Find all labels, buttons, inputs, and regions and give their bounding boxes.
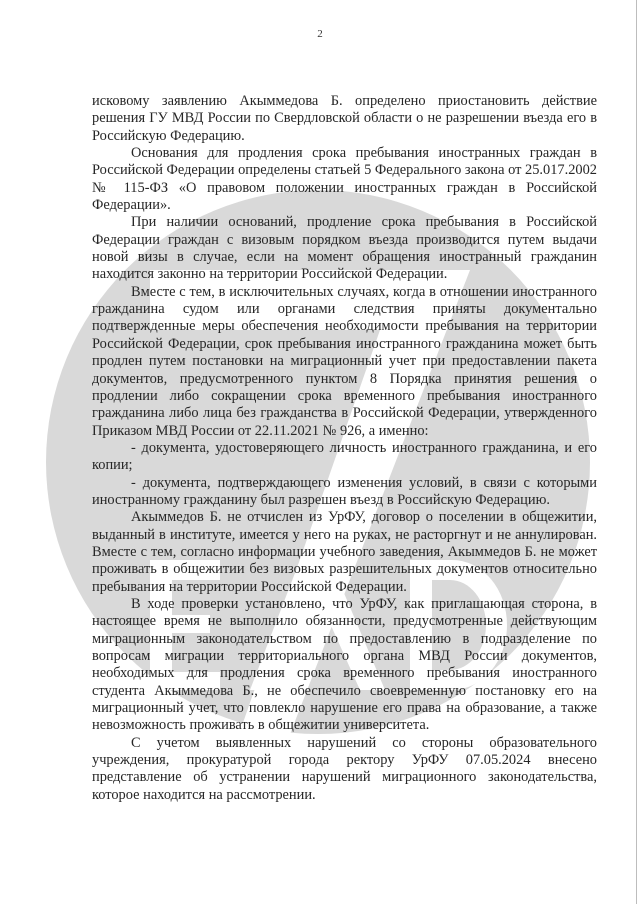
- paragraph-prosecutor-action: С учетом выявленных нарушений со стороны…: [92, 735, 597, 804]
- paragraph-legal-basis: Основания для продления срока пребывания…: [92, 145, 597, 214]
- document-body: исковому заявлению Акыммедова Б. определ…: [92, 93, 597, 804]
- list-item-identity-document: - документа, удостоверяющего личность ин…: [92, 440, 597, 475]
- list-item-conditions-document: - документа, подтверждающего изменения у…: [92, 475, 597, 510]
- paragraph-student-status: Акыммедов Б. не отчислен из УрФУ, догово…: [92, 509, 597, 596]
- paragraph-exceptional-cases: Вместе с тем, в исключительных случаях, …: [92, 284, 597, 440]
- page-number: 2: [0, 28, 640, 40]
- paragraph-inspection-findings: В ходе проверки установлено, что УрФУ, к…: [92, 596, 597, 735]
- paragraph-continuation: исковому заявлению Акыммедова Б. определ…: [92, 93, 597, 145]
- paragraph-visa-extension: При наличии оснований, продление срока п…: [92, 214, 597, 283]
